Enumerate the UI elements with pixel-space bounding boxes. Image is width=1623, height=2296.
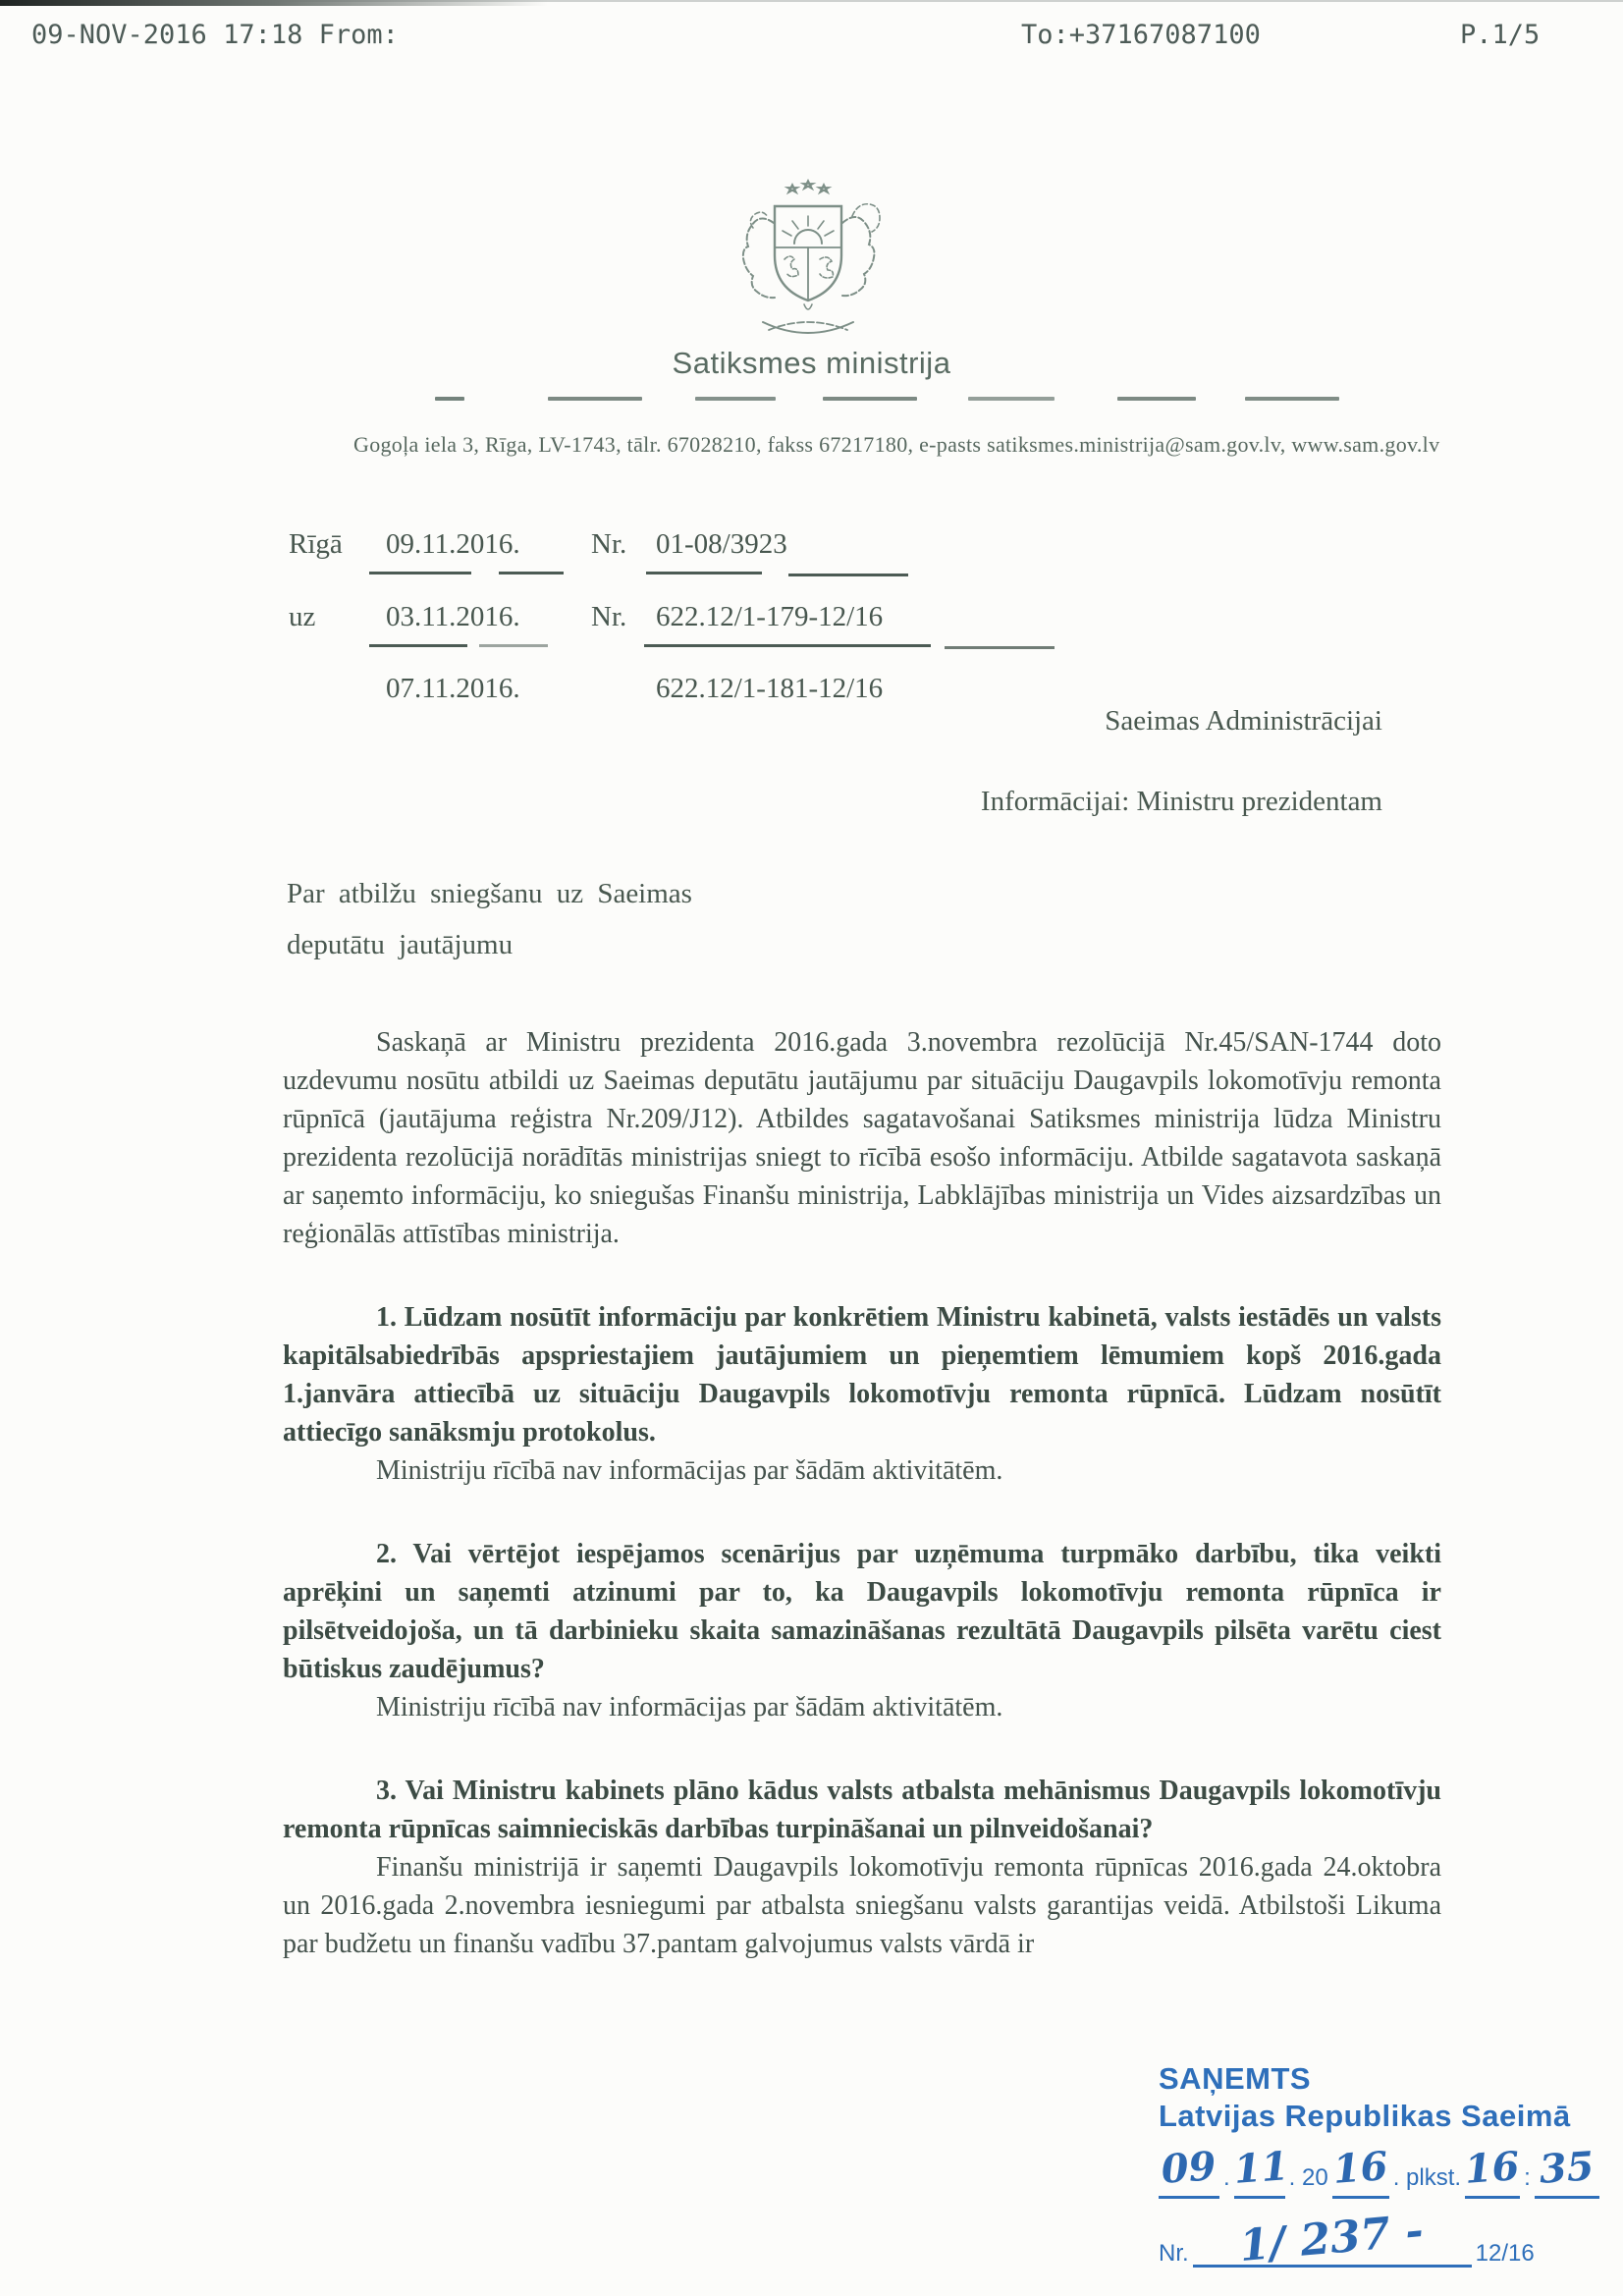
stamp-handwritten-number: 1/ 237 - xyxy=(1237,2206,1425,2271)
stamp-handwritten-year: 16 xyxy=(1331,2143,1389,2193)
stamp-nr-label: Nr. xyxy=(1159,2240,1189,2267)
ref-nr-label: Nr. xyxy=(591,528,626,561)
body-answer-1: Ministriju rīcībā nav informācijas par š… xyxy=(283,1451,1441,1490)
ref-underline xyxy=(369,644,467,647)
body-question-2: 2. Vai vērtējot iespējamos scenārijus pa… xyxy=(283,1535,1441,1688)
body-question-1: 1. Lūdzam nosūtīt informāciju par konkrē… xyxy=(283,1298,1441,1451)
recipient-primary: Saeimas Administrācijai xyxy=(981,705,1382,738)
stamp-date-row: 09.11. 2016. plkst.16:35 xyxy=(1159,2149,1571,2206)
stamp-time-label: . plkst. xyxy=(1393,2164,1461,2192)
latvia-coat-of-arms-icon xyxy=(730,179,887,346)
letter-body: Saskaņā ar Ministru prezidenta 2016.gada… xyxy=(283,1023,1441,1963)
scanned-fax-letter-page: 09-NOV-2016 17:18 From: To:+37167087100 … xyxy=(0,0,1623,2296)
ref-underline xyxy=(945,646,1055,649)
ref-nr-label: Nr. xyxy=(591,601,626,633)
stamp-number-row: Nr. 1/ 237 - 12/16 xyxy=(1159,2221,1571,2268)
ref-underline xyxy=(644,644,931,647)
stamp-handwritten-month: 11 xyxy=(1232,2143,1290,2193)
stamp-handwritten-day: 09 xyxy=(1160,2143,1217,2193)
body-paragraph: Saskaņā ar Ministru prezidenta 2016.gada… xyxy=(283,1023,1441,1253)
stamp-colon: : xyxy=(1524,2164,1531,2192)
ref-date-out: 09.11.2016. xyxy=(386,528,520,561)
received-stamp: SAŅEMTS Latvijas Republikas Saeimā 09.11… xyxy=(1159,2060,1571,2268)
stamp-handwritten-hour: 16 xyxy=(1463,2143,1521,2193)
fax-page-counter: P.1/5 xyxy=(1460,20,1540,50)
ref-number-in-2: 622.12/1-181-12/16 xyxy=(656,673,883,705)
stamp-institution: Latvijas Republikas Saeimā xyxy=(1159,2098,1571,2135)
fax-from-label: 09-NOV-2016 17:18 From: xyxy=(31,20,399,50)
scan-artifact-streak xyxy=(0,0,609,6)
body-question-3: 3. Vai Ministru kabinets plāno kādus val… xyxy=(283,1772,1441,1848)
ref-number-out: 01-08/3923 xyxy=(656,528,787,561)
stamp-handwritten-minute: 35 xyxy=(1538,2143,1596,2193)
ref-underline xyxy=(788,574,908,576)
stamp-dot: . xyxy=(1223,2164,1230,2192)
ref-underline xyxy=(369,572,471,574)
body-answer-3: Finanšu ministrijā ir saņemti Daugavpils… xyxy=(283,1848,1441,1963)
recipient-copy: Informācijai: Ministru prezidentam xyxy=(981,786,1382,818)
ref-place-label: Rīgā xyxy=(289,528,343,561)
separator-dashes xyxy=(0,397,1623,403)
ref-underline xyxy=(479,644,548,647)
recipient-block: Saeimas Administrācijai Informācijai: Mi… xyxy=(981,705,1382,818)
ref-underline xyxy=(499,572,564,574)
fax-to-number: To:+37167087100 xyxy=(1021,20,1261,50)
ref-date-in-1: 03.11.2016. xyxy=(386,601,520,633)
ref-date-in-2: 07.11.2016. xyxy=(386,673,520,705)
ref-underline xyxy=(646,572,762,574)
ministry-name: Satiksmes ministrija xyxy=(0,346,1623,381)
subject-line: Par atbilžu sniegšanu uz Saeimas deputāt… xyxy=(287,868,797,970)
letterhead-address: Gogoļa iela 3, Rīga, LV-1743, tālr. 6702… xyxy=(353,432,1434,458)
ref-uz-label: uz xyxy=(289,601,315,633)
stamp-received-label: SAŅEMTS xyxy=(1159,2060,1571,2098)
stamp-nr-suffix: 12/16 xyxy=(1476,2240,1535,2267)
ref-number-in-1: 622.12/1-179-12/16 xyxy=(656,601,883,633)
stamp-year-prefix: . 20 xyxy=(1289,2164,1328,2192)
body-answer-2: Ministriju rīcībā nav informācijas par š… xyxy=(283,1688,1441,1726)
